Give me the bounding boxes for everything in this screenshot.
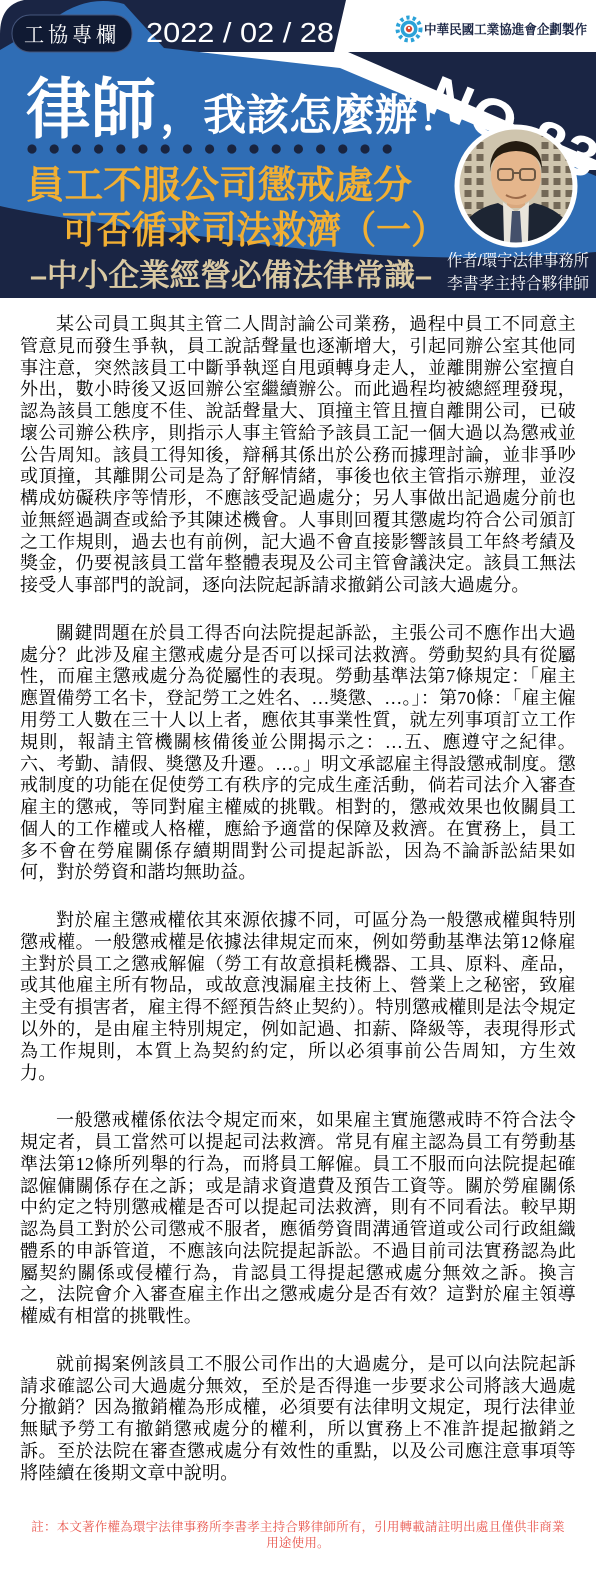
main-title-emphasis: 律師 [26, 72, 156, 146]
portrait-tie [510, 211, 522, 243]
tagline: –中小企業經營必備法律常識– [30, 258, 432, 293]
article-body: 某公司員工與其主管二人間討論公司業務，過程中員工不同意主管意見而發生爭執，員工說… [0, 298, 596, 1552]
divider-dot [50, 144, 59, 153]
divider-dot [27, 144, 36, 153]
divider-dot [205, 144, 214, 153]
divider-dot [360, 144, 369, 153]
divider-dot [116, 144, 125, 153]
divider-dot [227, 144, 236, 153]
subtitle-line-2: 可否循求司法救濟（一） [62, 210, 446, 252]
subtitle-line-1: 員工不服公司懲戒處分 [26, 165, 412, 207]
column-label: 工協專欄 [24, 24, 120, 47]
divider-dot [383, 144, 392, 153]
masthead: NO.83 工協專欄 2022 / 02 / 28 中華民國工業協進會企劃製作 … [0, 0, 596, 298]
date-text: 2022 / 02 / 28 [146, 17, 334, 48]
article-paragraph: 某公司員工與其主管二人間討論公司業務，過程中員工不同意主管意見而發生爭執，員工說… [20, 314, 576, 597]
author-line-1: 作者/環宇法律事務所 [447, 251, 589, 270]
article-paragraph: 就前揭案例該員工不服公司作出的大過處分，是可以向法院起訴請求確認公司大過處分無效… [20, 1354, 576, 1485]
article-paragraph: 關鍵問題在於員工得否向法院提起訴訟，主張公司不應作出大過處分？此涉及雇主懲戒處分… [20, 623, 576, 884]
copyright-note: 註：本文著作權為環宇法律事務所李書孝主持合夥律師所有，引用轉載請註明出處且僅供非… [28, 1519, 568, 1553]
org-credit: 中華民國工業協進會企劃製作 [424, 22, 587, 37]
divider-dot [316, 144, 325, 153]
divider-dot [338, 144, 347, 153]
divider-dot [272, 144, 281, 153]
divider-dot [94, 144, 103, 153]
divider-dot [294, 144, 303, 153]
main-title-rest: ，我該怎麼辦！ [160, 92, 460, 140]
divider-dot [183, 144, 192, 153]
divider-dot [72, 144, 81, 153]
divider-dot [249, 144, 258, 153]
author-photo [457, 127, 575, 245]
divider-dot [138, 144, 147, 153]
divider-dot [161, 144, 170, 153]
article-paragraph: 一般懲戒權係依法令規定而來，如果雇主實施懲戒時不符合法令規定者，員工當然可以提起… [20, 1110, 576, 1328]
author-line-2: 李書孝主持合夥律師 [447, 274, 589, 293]
article-paragraph: 對於雇主懲戒權依其來源依據不同，可區分為一般懲戒權與特別懲戒權。一般懲戒權是依據… [20, 910, 576, 1084]
flyer-page: NO.83 工協專欄 2022 / 02 / 28 中華民國工業協進會企劃製作 … [0, 0, 596, 1552]
